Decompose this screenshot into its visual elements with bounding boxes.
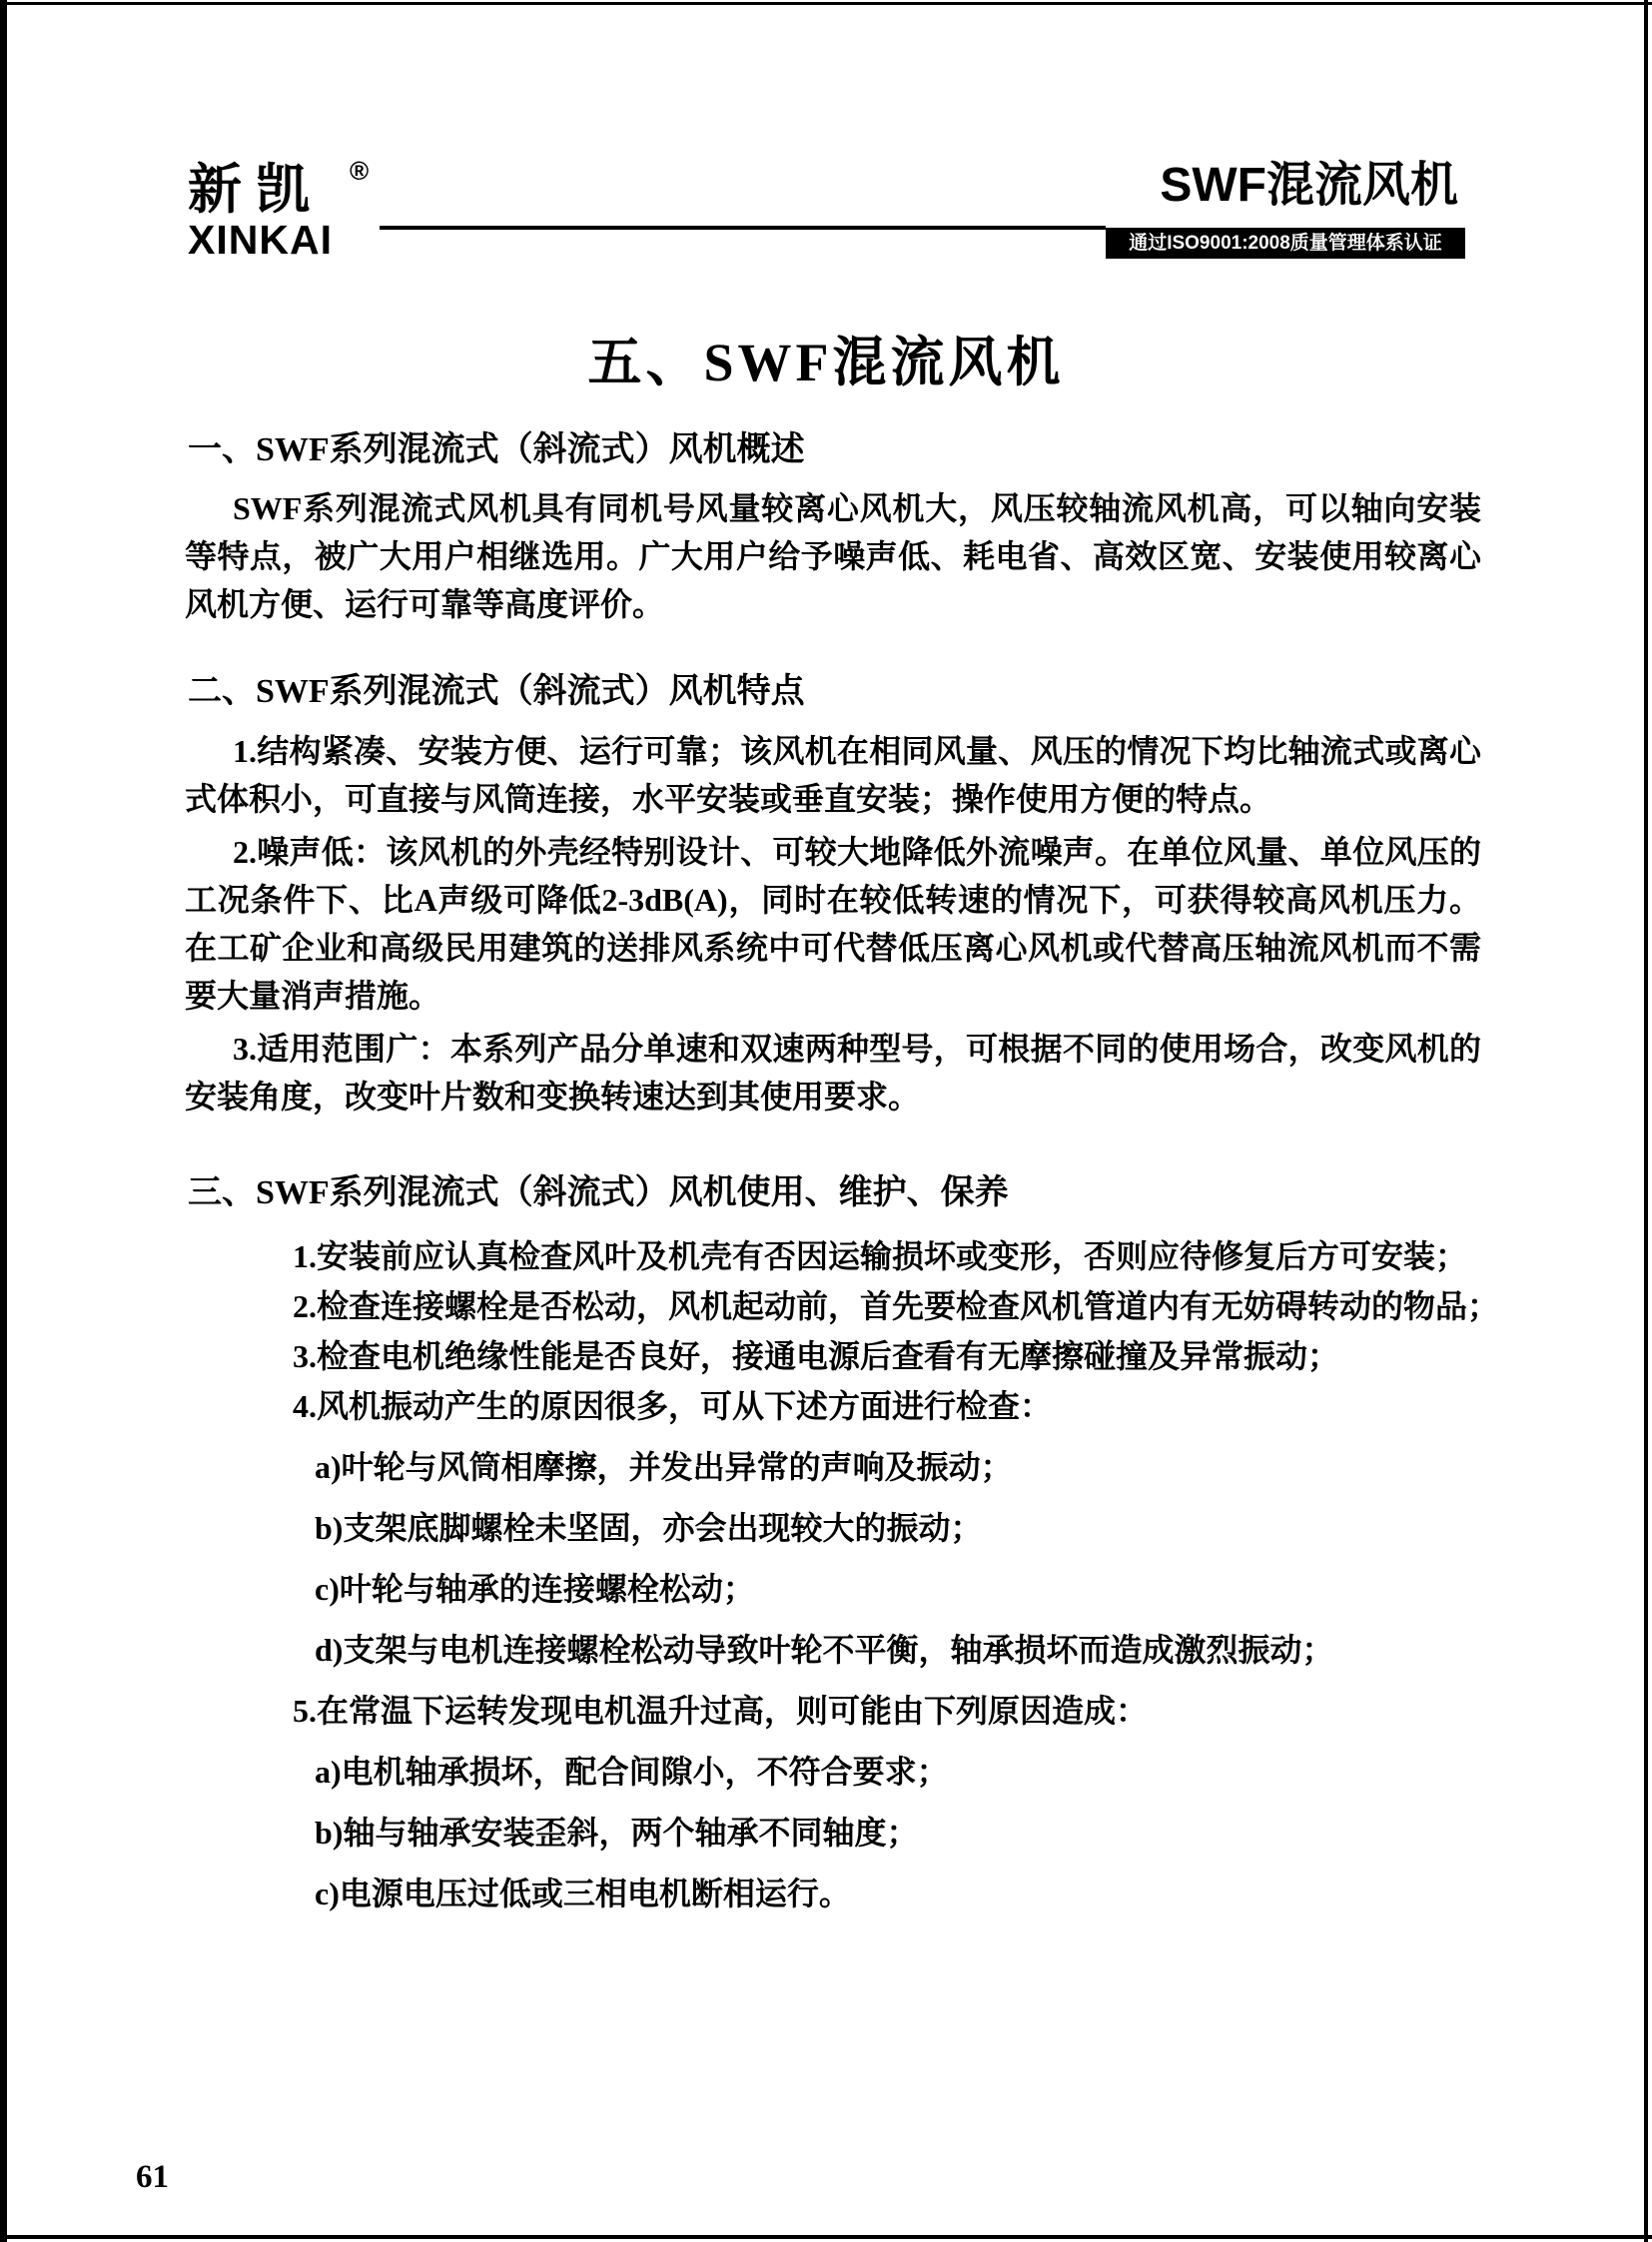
list-item: 2.检查连接螺栓是否松动，风机起动前，首先要检查风机管道内有无妨碍转动的物品；: [293, 1286, 1511, 1336]
section-2-heading: 二、SWF系列混流式（斜流式）风机特点: [188, 663, 805, 712]
list-subitem: c)电源电压过低或三相电机断相运行。: [293, 1873, 1511, 1934]
section-3-heading: 三、SWF系列混流式（斜流式）风机使用、维护、保养: [188, 1164, 1009, 1213]
section-1-heading: 一、SWF系列混流式（斜流式）风机概述: [188, 421, 805, 470]
list-item: 1.安装前应认真检查风叶及机壳有否因运输损坏或变形，否则应待修复后方可安装；: [293, 1236, 1511, 1286]
page-title: 五、SWF混流风机: [0, 320, 1652, 396]
list-subitem: d)支架与电机连接螺栓松动导致叶轮不平衡，轴承损坏而造成激烈振动；: [293, 1630, 1511, 1691]
list-subitem: b)轴与轴承安装歪斜，两个轴承不同轴度；: [293, 1813, 1511, 1873]
iso-certification-badge: 通过ISO9001:2008质量管理体系认证: [1106, 228, 1465, 259]
catalog-page: 新凯 ® XINKAI SWF混流风机 通过ISO9001:2008质量管理体系…: [0, 0, 1652, 2242]
section-2-body: 1.结构紧凑、安装方便、运行可靠；该风机在相同风量、风压的情况下均比轴流式或离心…: [185, 727, 1481, 1125]
paragraph: 2.噪声低：该风机的外壳经特别设计、可较大地降低外流噪声。在单位风量、单位风压的…: [185, 828, 1481, 1020]
header-divider-line: [380, 226, 1106, 230]
section-3-list: 1.安装前应认真检查风叶及机壳有否因运输损坏或变形，否则应待修复后方可安装； 2…: [293, 1236, 1511, 1934]
brand-logo-chinese: 新凯: [188, 160, 447, 220]
header-product-title: SWF混流风机: [1160, 158, 1458, 214]
page-border-top: [0, 2, 1652, 5]
list-item: 3.检查电机绝缘性能是否良好，接通电源后查看有无摩擦碰撞及异常振动；: [293, 1336, 1511, 1386]
paragraph: 1.结构紧凑、安装方便、运行可靠；该风机在相同风量、风压的情况下均比轴流式或离心…: [185, 727, 1481, 823]
registered-trademark-icon: ®: [350, 156, 369, 187]
list-item: 4.风机振动产生的原因很多，可从下述方面进行检查：: [293, 1386, 1511, 1447]
paragraph: 3.适用范围广：本系列产品分单速和双速两种型号，可根据不同的使用场合，改变风机的…: [185, 1025, 1481, 1121]
list-subitem: c)叶轮与轴承的连接螺栓松动；: [293, 1569, 1511, 1630]
paragraph: SWF系列混流式风机具有同机号风量较离心风机大，风压较轴流风机高，可以轴向安装等…: [185, 484, 1481, 628]
brand-logo: 新凯 ® XINKAI: [188, 160, 447, 262]
list-item: 5.在常温下运转发现电机温升过高，则可能由下列原因造成：: [293, 1691, 1511, 1752]
brand-logo-latin: XINKAI: [188, 218, 447, 262]
list-subitem: b)支架底脚螺栓未坚固，亦会出现较大的振动；: [293, 1508, 1511, 1569]
list-subitem: a)叶轮与风筒相摩擦，并发出异常的声响及振动；: [293, 1447, 1511, 1508]
section-1-body: SWF系列混流式风机具有同机号风量较离心风机大，风压较轴流风机高，可以轴向安装等…: [185, 484, 1481, 633]
page-number: 61: [136, 2159, 169, 2196]
page-border-bottom: [0, 2235, 1652, 2239]
list-subitem: a)电机轴承损坏，配合间隙小，不符合要求；: [293, 1752, 1511, 1813]
